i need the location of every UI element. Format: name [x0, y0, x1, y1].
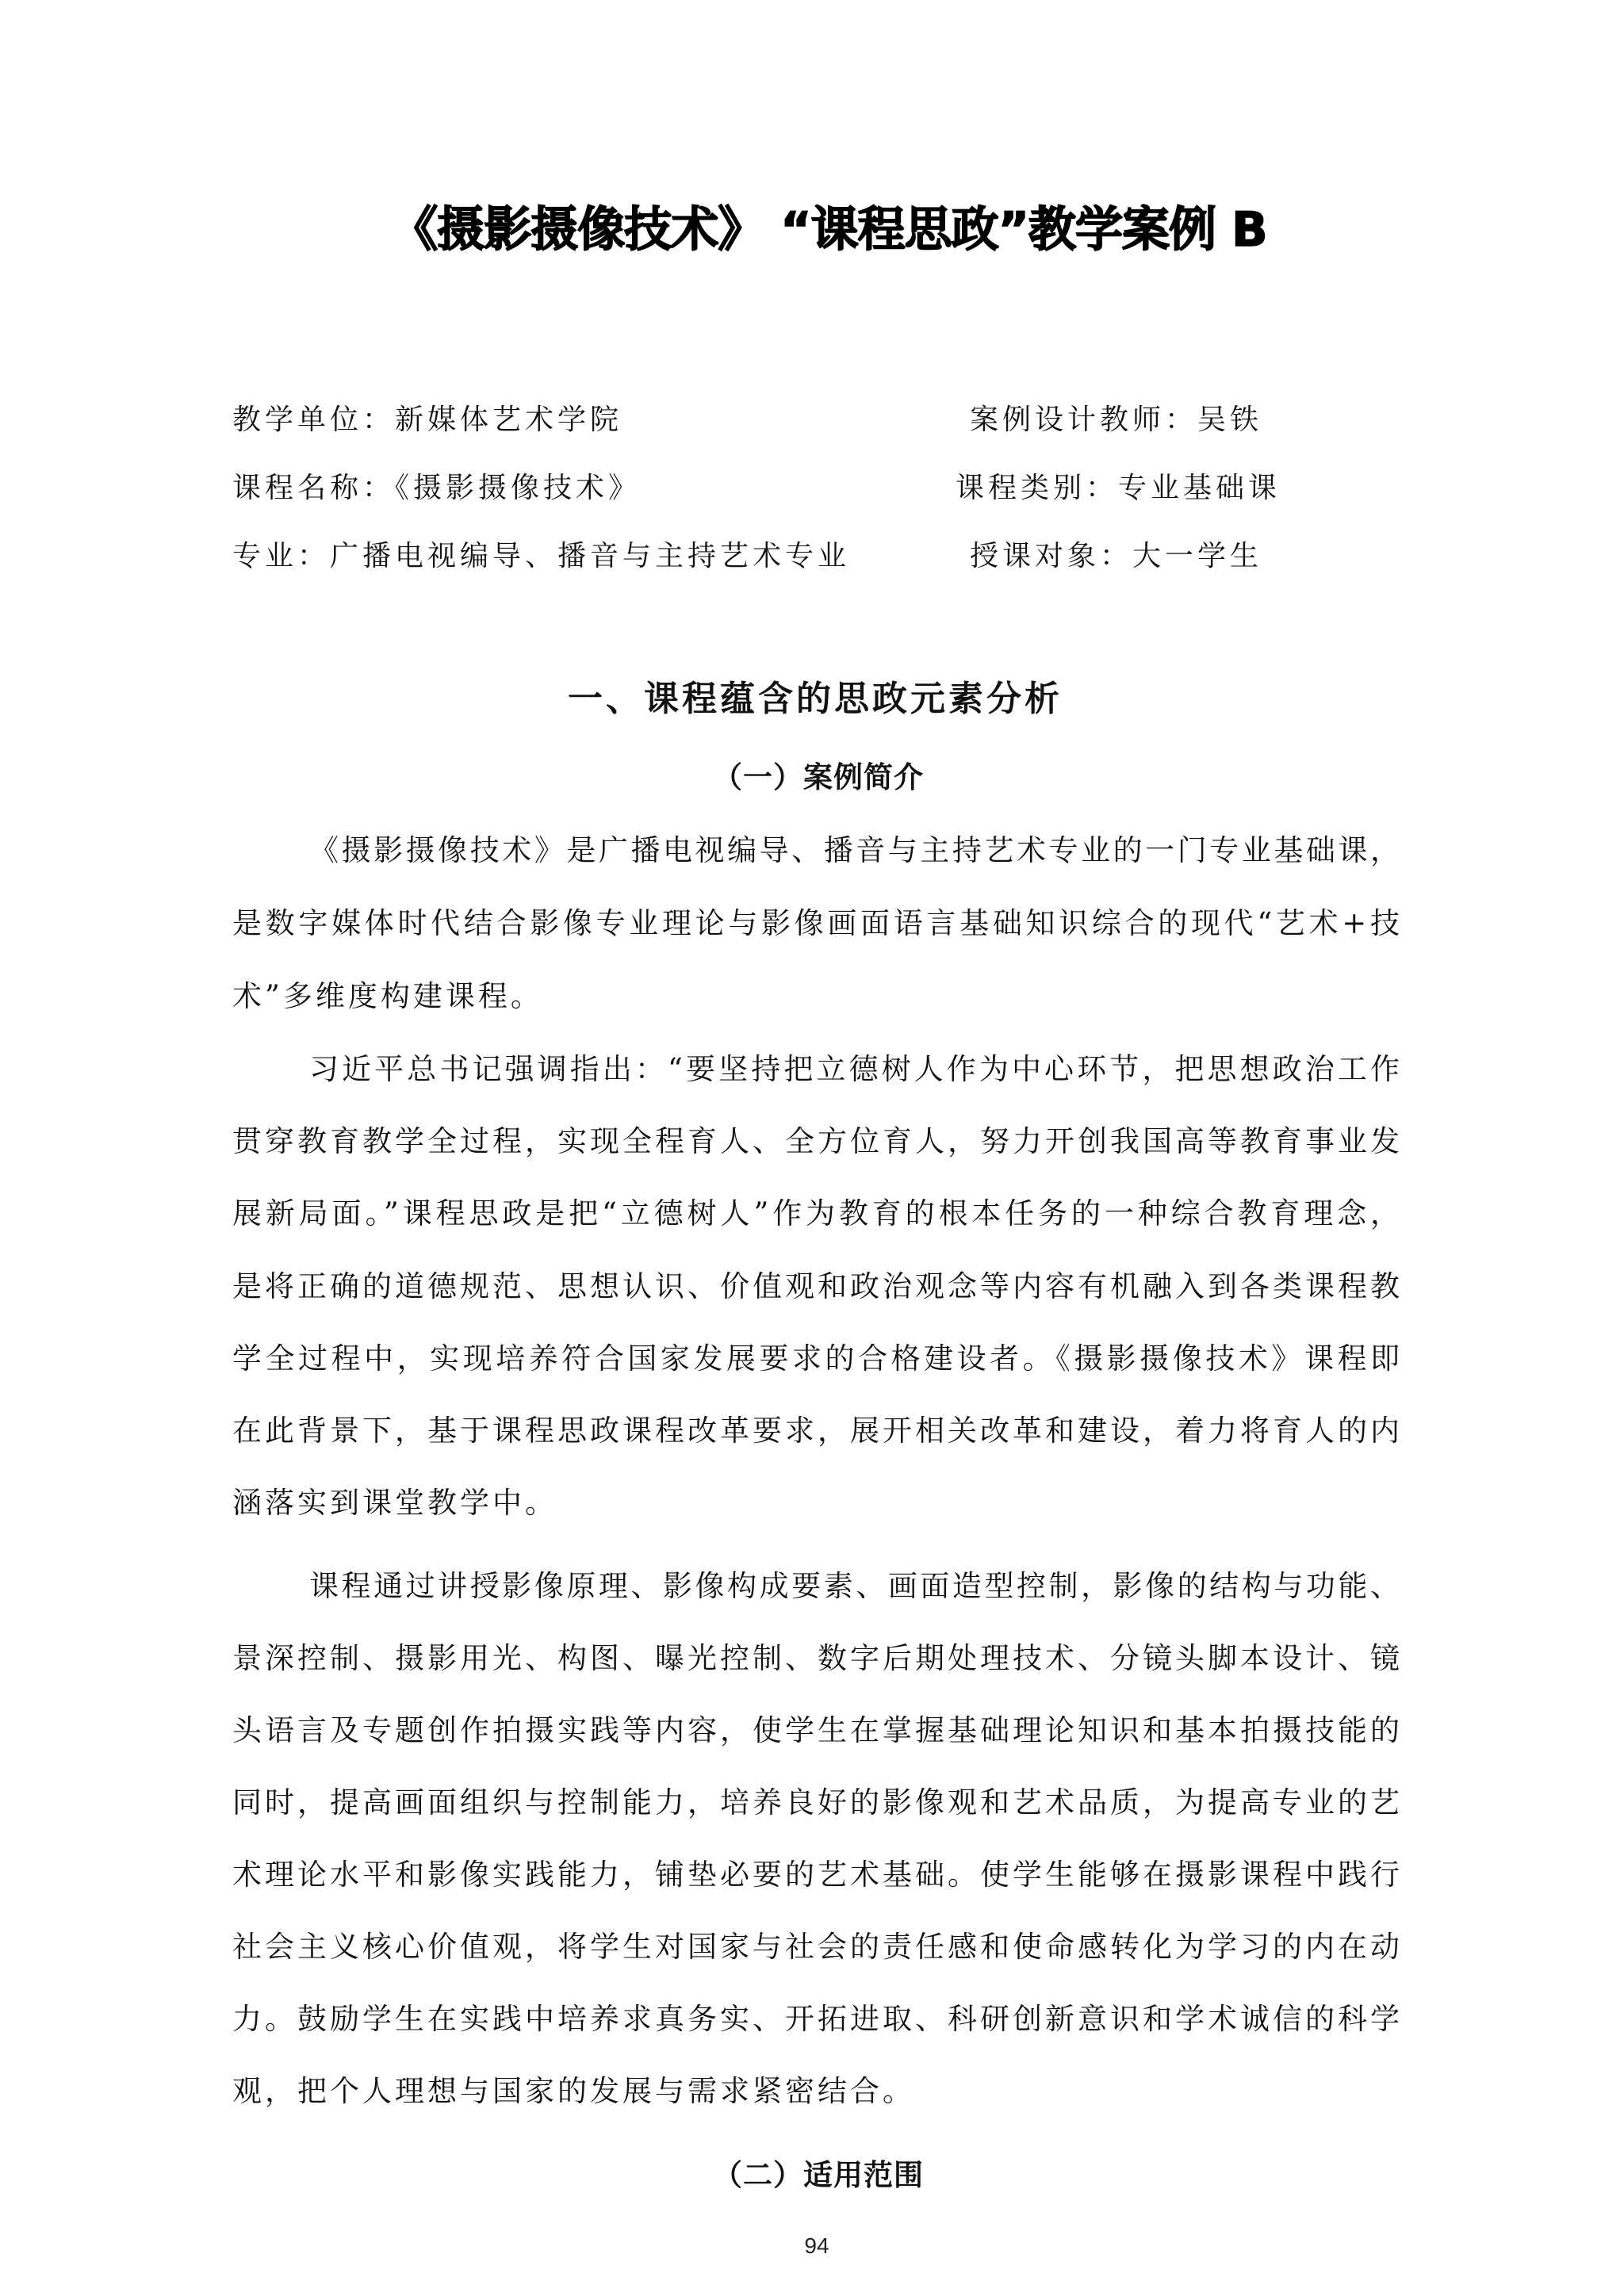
paragraph-line: 在此背景下，基于课程思政课程改革要求，展开相关改革和建设，着力将育人的内	[232, 1407, 1400, 1455]
document-title: 《摄影摄像技术》 “课程思政”教学案例 B	[0, 198, 1624, 262]
paragraph-line: 观，把个人理想与国家的发展与需求紧密结合。	[232, 2068, 1400, 2115]
course-name: 课程名称：《摄影摄像技术》	[232, 465, 641, 512]
paragraph-line: 术理论水平和影像实践能力，铺垫必要的艺术基础。使学生能够在摄影课程中践行	[232, 1851, 1400, 1899]
paragraph-line: 术”多维度构建课程。	[232, 973, 1400, 1020]
course-category: 课程类别：专业基础课	[956, 465, 1277, 512]
paragraph-line: 学全过程中，实现培养符合国家发展要求的合格建设者。《摄影摄像技术》课程即	[232, 1335, 1400, 1383]
subsection-heading-case-intro: （一）案例简介	[0, 755, 1624, 799]
section-heading: 一、课程蕴含的思政元素分析	[0, 675, 1624, 723]
page-number: 94	[0, 2232, 1624, 2260]
paragraph-line: 头语言及专题创作拍摄实践等内容，使学生在掌握基础理论知识和基本拍摄技能的	[232, 1707, 1400, 1755]
paragraph-line: 景深控制、摄影用光、构图、曝光控制、数字后期处理技术、分镜头脚本设计、镜	[232, 1635, 1400, 1682]
paragraph-line: 贯穿教育教学全过程，实现全程育人、全方位育人，努力开创我国高等教育事业发	[232, 1118, 1400, 1165]
document-page: 《摄影摄像技术》 “课程思政”教学案例 B 教学单位：新媒体艺术学院 案例设计教…	[0, 0, 1624, 2296]
major: 专业：广播电视编导、播音与主持艺术专业	[232, 533, 850, 580]
paragraph-line: 涵落实到课堂教学中。	[232, 1479, 1400, 1527]
paragraph-line: 同时，提高画面组织与控制能力，培养良好的影像观和艺术品质，为提高专业的艺	[232, 1779, 1400, 1827]
target-students: 授课对象：大一学生	[956, 533, 1277, 580]
paragraph-line: 力。鼓励学生在实践中培养求真务实、开拓进取、科研创新意识和学术诚信的科学	[232, 1996, 1400, 2043]
paragraph-line: 是数字媒体时代结合影像专业理论与影像画面语言基础知识综合的现代“艺术+技	[232, 900, 1400, 947]
info-row: 教学单位：新媒体艺术学院 案例设计教师：吴铁	[0, 396, 1624, 444]
paragraph-line: 习近平总书记强调指出：“要坚持把立德树人作为中心环节，把思想政治工作	[309, 1046, 1400, 1093]
paragraph-line: 是将正确的道德规范、思想认识、价值观和政治观念等内容有机融入到各类课程教	[232, 1263, 1400, 1311]
paragraph-line: 社会主义核心价值观，将学生对国家与社会的责任感和使命感转化为学习的内在动	[232, 1923, 1400, 1971]
teaching-unit: 教学单位：新媒体艺术学院	[232, 396, 622, 444]
paragraph-line: 展新局面。”课程思政是把“立德树人”作为教育的根本任务的一种综合教育理念，	[232, 1190, 1400, 1238]
info-row: 专业：广播电视编导、播音与主持艺术专业 授课对象：大一学生	[0, 533, 1624, 580]
subsection-heading-scope: （二）适用范围	[0, 2152, 1624, 2197]
case-designer: 案例设计教师：吴铁	[956, 396, 1277, 444]
info-row: 课程名称：《摄影摄像技术》 课程类别：专业基础课	[0, 465, 1624, 512]
paragraph-line: 《摄影摄像技术》是广播电视编导、播音与主持艺术专业的一门专业基础课，	[309, 827, 1400, 874]
paragraph-line: 课程通过讲授影像原理、影像构成要素、画面造型控制，影像的结构与功能、	[309, 1563, 1400, 1610]
